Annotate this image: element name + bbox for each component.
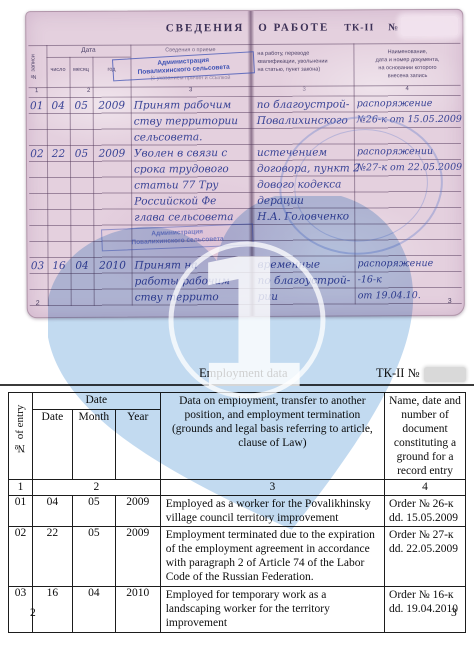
scan-doc-header-l3: на основании которого bbox=[356, 65, 458, 73]
entry-day: 22 bbox=[47, 146, 70, 162]
scan-entry-col-header: № записи bbox=[30, 50, 44, 84]
table-row: 02 22 05 2009 Employment terminated due … bbox=[9, 527, 466, 587]
hw-line: ству территории bbox=[134, 113, 250, 130]
col-number: 4 bbox=[385, 480, 466, 496]
entry-text-left: Принят на работы рабочим ству террито bbox=[134, 257, 250, 306]
hw-line: работы рабочим bbox=[135, 273, 251, 290]
entry-no: 03 bbox=[27, 258, 47, 274]
entry-text-right: временные по благоустрой- рии bbox=[257, 256, 353, 305]
scan-page-number-right: 3 bbox=[448, 298, 452, 305]
cell-doc: Order № 27-к dd. 22.05.2009 bbox=[385, 527, 466, 587]
header-info: Data on employment, transfer to another … bbox=[160, 393, 384, 480]
cell-month: 05 bbox=[72, 496, 115, 527]
entry-year: 2009 bbox=[93, 98, 131, 114]
scan-left-title: СВЕДЕНИЯ bbox=[86, 22, 244, 35]
col-number: 3 bbox=[160, 480, 384, 496]
cell-entry-no: 03 bbox=[9, 587, 33, 633]
entry-month: 05 bbox=[70, 98, 93, 114]
hw-line: рии bbox=[258, 288, 354, 305]
scan-date-header: Дата bbox=[46, 47, 130, 54]
title-rule bbox=[0, 384, 474, 386]
cell-day: 04 bbox=[32, 496, 72, 527]
table-row: 01 04 05 2009 Employed as a worker for t… bbox=[9, 496, 466, 527]
scan-day-header: число bbox=[46, 67, 69, 74]
header-month: Month bbox=[72, 409, 115, 479]
cell-entry-no: 01 bbox=[9, 496, 33, 527]
entry-month: 04 bbox=[70, 258, 93, 274]
entry-text-left: Принят рабочим ству территории сельсовет… bbox=[134, 97, 250, 146]
cell-year: 2009 bbox=[115, 496, 160, 527]
header-day: Date bbox=[32, 409, 72, 479]
scan-colnum-3r: 3 bbox=[255, 86, 354, 93]
hw-line: Российской Фе bbox=[134, 193, 250, 210]
scan-month-header: месяц bbox=[69, 67, 92, 74]
entry-month: 05 bbox=[70, 146, 93, 162]
scan-doc-header-l1: Наименование, bbox=[356, 49, 458, 57]
scan-page-number-left: 2 bbox=[36, 300, 40, 307]
cell-doc: Order № 26-к dd. 15.05.2009 bbox=[385, 496, 466, 527]
workbook-scan: СВЕДЕНИЯ О РАБОТЕ ТК-II № № записи Дата … bbox=[25, 9, 465, 318]
header-date-group: Date bbox=[32, 393, 160, 410]
col-number: 2 bbox=[32, 480, 160, 496]
hw-line: по благоустрой- bbox=[257, 96, 353, 113]
translation-table: № of entry Date Data on employment, tran… bbox=[8, 392, 466, 633]
scan-colnum-4: 4 bbox=[354, 86, 461, 93]
scan-info-right-l1: на работу, переводе bbox=[257, 50, 351, 57]
header-doc: Name, date and number of document consti… bbox=[385, 393, 466, 480]
entry-no: 01 bbox=[27, 98, 47, 114]
hw-line: сельсовета. bbox=[134, 129, 250, 146]
header-year: Year bbox=[115, 409, 160, 479]
scan-colnum-2: 2 bbox=[47, 88, 131, 94]
cell-entry-no: 02 bbox=[9, 527, 33, 587]
entry-text-left: Уволен в связи с срока трудового статьи … bbox=[134, 145, 250, 226]
cell-year: 2009 bbox=[115, 527, 160, 587]
entry-no-vertical-label: № of entry bbox=[14, 396, 26, 462]
cell-info: Employment terminated due to the expirat… bbox=[160, 527, 384, 587]
hw-line: распоряжение bbox=[357, 256, 461, 273]
hw-line: Уволен в связи с bbox=[134, 145, 250, 162]
hw-line: ству террито bbox=[135, 289, 251, 306]
cell-day: 16 bbox=[32, 587, 72, 633]
scan-doc-header-l4: внесена запись bbox=[357, 73, 459, 81]
cell-month: 05 bbox=[72, 527, 115, 587]
entry-day: 16 bbox=[47, 258, 70, 274]
scan-grid-line bbox=[46, 57, 130, 58]
table-row: 03 16 04 2010 Employed for temporary wor… bbox=[9, 587, 466, 633]
entry-year: 2009 bbox=[93, 146, 131, 162]
scan-grid-line bbox=[28, 43, 460, 46]
header-entry-no: № of entry bbox=[9, 393, 33, 480]
hw-line: временные bbox=[257, 256, 353, 273]
hw-line: Принят на bbox=[134, 257, 250, 274]
footer-page-number-left: 2 bbox=[30, 607, 36, 619]
entry-day: 04 bbox=[47, 98, 70, 114]
translation-title: Employment data bbox=[199, 366, 288, 381]
cell-info: Employed as a worker for the Povalikhins… bbox=[160, 496, 384, 527]
scan-info-right-l2: квалификации, увольнении bbox=[257, 58, 351, 65]
translation-number-redaction bbox=[424, 367, 466, 382]
scan-number-sign: № bbox=[388, 22, 400, 33]
hw-line: по благоустрой- bbox=[258, 272, 354, 289]
cell-year: 2010 bbox=[115, 587, 160, 633]
translated-document-page: СВЕДЕНИЯ О РАБОТЕ ТК-II № № записи Дата … bbox=[0, 0, 474, 672]
scan-info-right-l3: на статью, пункт закона) bbox=[257, 66, 351, 73]
cell-day: 22 bbox=[32, 527, 72, 587]
cell-info: Employed for temporary work as a landsca… bbox=[160, 587, 384, 633]
translation-series-label: ТК-II № bbox=[376, 366, 420, 381]
hw-line: от 19.04.10. bbox=[358, 288, 462, 305]
hw-line: срока трудового bbox=[134, 161, 250, 178]
entry-no: 02 bbox=[27, 146, 47, 162]
scan-series-label: ТК-II bbox=[344, 22, 374, 33]
col-number: 1 bbox=[9, 480, 33, 496]
scan-doc-header-l2: дата и номер документа, bbox=[356, 57, 458, 65]
hw-line: распоряжение bbox=[357, 96, 461, 113]
entry-doc: распоряжение -16-к от 19.04.10. bbox=[357, 256, 461, 305]
footer-page-number-right: 3 bbox=[451, 607, 457, 619]
scan-number-redaction bbox=[400, 16, 458, 36]
scan-right-title: О РАБОТЕ bbox=[258, 22, 329, 34]
scan-colnum-1: 1 bbox=[27, 88, 47, 94]
hw-line: -16-к bbox=[358, 272, 462, 289]
hw-line: статьи 77 Тру bbox=[134, 177, 250, 194]
entry-year: 2010 bbox=[93, 258, 131, 274]
round-seal-inner-ring bbox=[287, 120, 436, 250]
hw-line: Принят рабочим bbox=[134, 97, 250, 114]
cell-month: 04 bbox=[72, 587, 115, 633]
scan-colnum-3: 3 bbox=[131, 87, 251, 94]
